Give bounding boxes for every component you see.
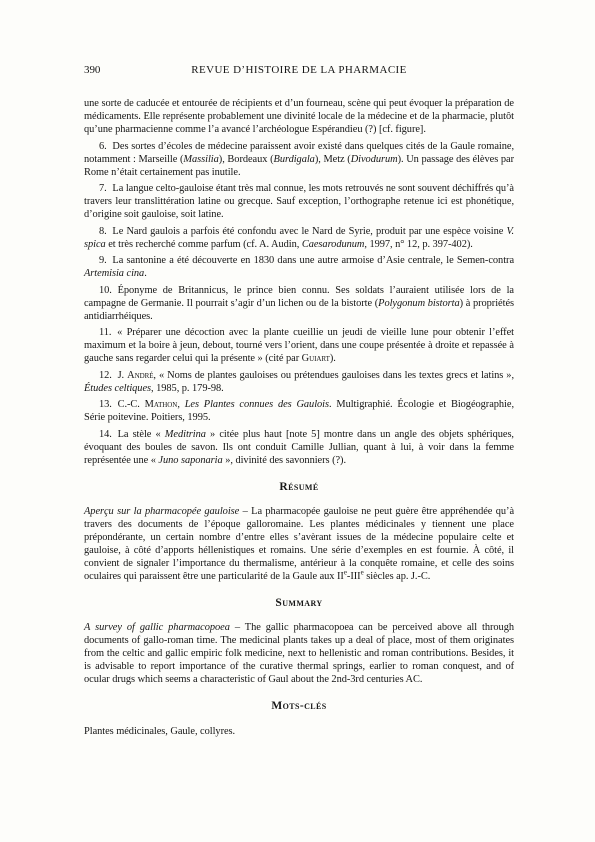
text-segment: Plantes médicinales, Gaule, collyres.	[84, 726, 235, 737]
text-segment: Le Nard gaulois a parfois été confondu a…	[112, 226, 506, 237]
mots-cles-heading: Mots-clés	[84, 700, 514, 713]
footnote-number: 11.	[99, 327, 111, 338]
text-segment: Aperçu sur la pharmacopée gauloise	[84, 506, 239, 517]
text-segment: siècles ap. J.-C.	[364, 571, 431, 582]
footnote-number: 9.	[99, 255, 107, 266]
text-segment: André	[127, 370, 153, 381]
footnote-13: 13.C.-C. Mathon, Les Plantes connues des…	[84, 398, 514, 424]
footnote-number: 7.	[99, 183, 107, 194]
summary-abstract: A survey of gallic pharmacopoea – The ga…	[84, 621, 514, 686]
text-segment: La stèle «	[118, 429, 165, 440]
text-segment: Les Plantes connues des Gaulois	[185, 399, 329, 410]
text-segment: « Préparer une décoction avec la plante …	[84, 327, 514, 364]
page-number: 390	[84, 64, 100, 77]
footnote-7: 7.La langue celto-gauloise étant très ma…	[84, 182, 514, 221]
footnote-number: 10.	[99, 285, 112, 296]
text-segment: La langue celto-gauloise étant très mal …	[84, 183, 514, 220]
text-segment: .	[144, 268, 147, 279]
text-segment: ), Bordeaux (	[219, 154, 274, 165]
text-segment: Burdigala	[274, 154, 315, 165]
footnote-number: 6.	[99, 141, 107, 152]
footnote-12: 12.J. André, « Noms de plantes gauloises…	[84, 369, 514, 395]
text-segment: A survey of gallic pharmacopoea	[84, 622, 230, 633]
page-content: une sorte de caducée et entourée de réci…	[84, 97, 514, 738]
text-segment: Polygonum bistorta	[378, 298, 459, 309]
text-segment: Juno saponaria	[158, 455, 222, 466]
text-segment: , « Noms de plantes gauloises ou prétend…	[153, 370, 514, 381]
text-segment: Artemisia cina	[84, 268, 144, 279]
footnote-number: 12.	[99, 370, 112, 381]
footnote-5-continuation: une sorte de caducée et entourée de réci…	[84, 97, 514, 136]
text-segment: Divodurum	[351, 154, 398, 165]
journal-page: 390 REVUE D’HISTOIRE DE LA PHARMACIE une…	[0, 0, 595, 842]
footnote-number: 13.	[99, 399, 112, 410]
text-segment: Meditrina	[165, 429, 206, 440]
text-segment: et très recherché comme parfum (cf. A. A…	[106, 239, 302, 250]
text-segment: Mathon	[145, 399, 178, 410]
footnote-number: 14.	[99, 429, 112, 440]
footnote-number: 8.	[99, 226, 107, 237]
text-segment: La santonine a été découverte en 1830 da…	[112, 255, 514, 266]
keywords-line: Plantes médicinales, Gaule, collyres.	[84, 725, 514, 738]
footnote-8: 8.Le Nard gaulois a parfois été confondu…	[84, 225, 514, 251]
text-segment: Études celtiques	[84, 383, 151, 394]
text-column: 390 REVUE D’HISTOIRE DE LA PHARMACIE une…	[84, 64, 514, 741]
text-segment: ,	[177, 399, 184, 410]
running-head: 390 REVUE D’HISTOIRE DE LA PHARMACIE	[84, 64, 514, 78]
resume-abstract: Aperçu sur la pharmacopée gauloise – La …	[84, 505, 514, 583]
summary-heading: Summary	[84, 597, 514, 610]
footnote-9: 9.La santonine a été découverte en 1830 …	[84, 254, 514, 280]
text-segment: ), Metz (	[315, 154, 351, 165]
text-segment: Massilia	[183, 154, 218, 165]
text-segment: Guiart	[302, 353, 330, 364]
text-segment: ).	[330, 353, 336, 364]
text-segment: J.	[118, 370, 128, 381]
resume-heading: Résumé	[84, 481, 514, 494]
text-segment: C.-C.	[118, 399, 145, 410]
text-segment: -III	[347, 571, 361, 582]
footnote-6: 6.Des sortes d’écoles de médecine parais…	[84, 140, 514, 179]
footnote-14: 14.La stèle « Meditrina » citée plus hau…	[84, 428, 514, 467]
text-segment: , 1997, n° 12, p. 397-402).	[364, 239, 472, 250]
text-segment: une sorte de caducée et entourée de réci…	[84, 98, 514, 135]
footnote-11: 11.« Préparer une décoction avec la plan…	[84, 326, 514, 365]
text-segment: », divinité des savonniers (?).	[223, 455, 346, 466]
journal-title: REVUE D’HISTOIRE DE LA PHARMACIE	[84, 64, 514, 77]
text-segment: , 1985, p. 179-98.	[151, 383, 224, 394]
footnote-10: 10.Éponyme de Britannicus, le prince bie…	[84, 284, 514, 323]
text-segment: Caesarodunum	[302, 239, 365, 250]
